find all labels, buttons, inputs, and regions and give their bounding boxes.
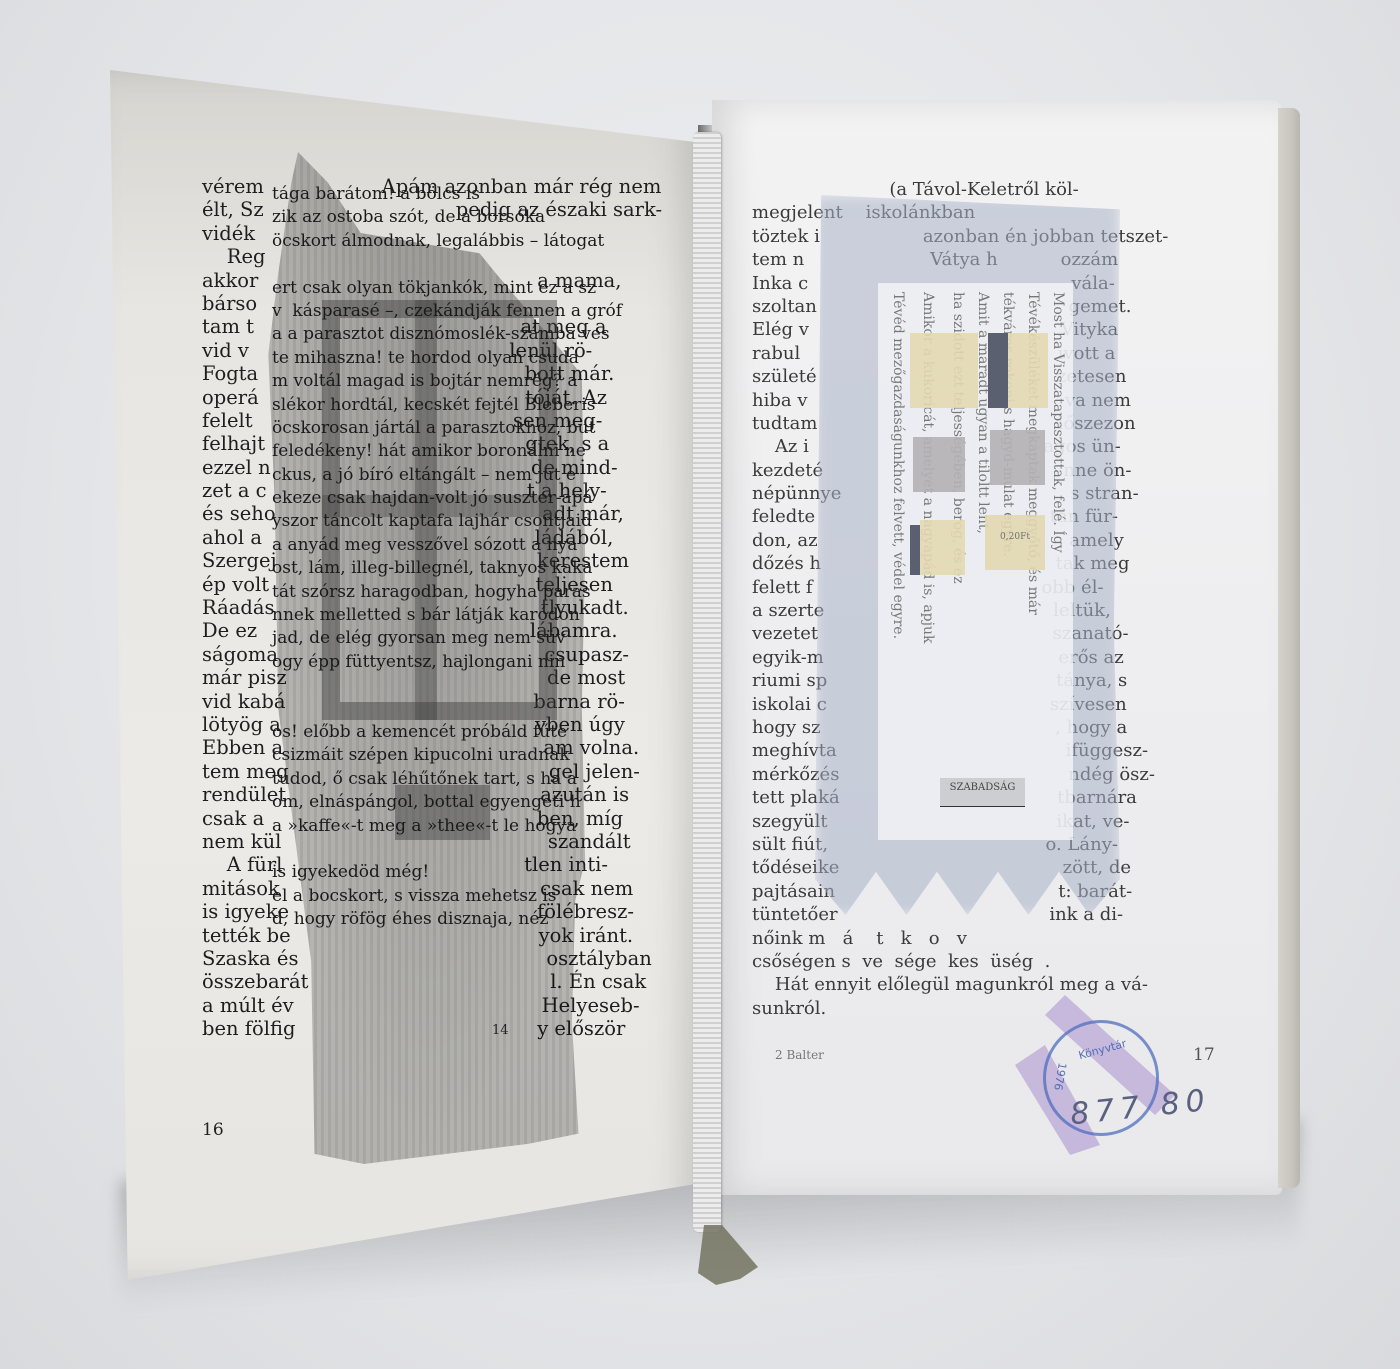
postage-stamp bbox=[1008, 333, 1048, 408]
text-line bbox=[272, 698, 622, 721]
text-line: (a Távol-Keletről köl- bbox=[752, 178, 1168, 201]
text-line: csizmáit szépen kipucolni uradnak bbox=[272, 744, 622, 767]
text-line: a anyád meg vesszővel sózott a nya bbox=[272, 534, 622, 557]
gray-stamp bbox=[913, 437, 965, 492]
text-line: ekeze csak hajdan-volt jó suszter-apá bbox=[272, 487, 622, 510]
postage-stamp-value: 0,20Ft bbox=[985, 515, 1045, 570]
stamp-dark-edge bbox=[910, 525, 920, 575]
text-line: d, hogy röfög éhes disznaja, néz bbox=[272, 908, 622, 931]
text-line: nnek melletted s bár látják karódon bbox=[272, 604, 622, 627]
postage-stamp bbox=[910, 333, 978, 408]
text-line: m voltál magad is bojtár nemrég? a bbox=[272, 370, 622, 393]
text-line: öcskort álmodnak, legalábbis – látogat bbox=[272, 230, 622, 253]
text-line: v kásparasé –, czekándják fennen a gróf bbox=[272, 300, 622, 323]
right-page-number: 17 bbox=[1193, 1045, 1215, 1065]
text-line: a a parasztot disznómoslék-számba ves bbox=[272, 323, 622, 346]
text-line: tága barátom! a bölcs is bbox=[272, 183, 622, 206]
text-line: a »kaffe«-t meg a »thee«-t le hogya bbox=[272, 815, 622, 838]
gray-stamp bbox=[990, 430, 1045, 485]
page-block-edge bbox=[1278, 108, 1300, 1188]
left-page-number: 16 bbox=[202, 1120, 224, 1140]
szabadsag-label: SZABADSÁG bbox=[940, 778, 1025, 807]
postage-stamp bbox=[920, 520, 965, 575]
text-line: tüntetőer ink a di- bbox=[752, 903, 1168, 926]
text-line: el a bocskort, s vissza mehetsz is bbox=[272, 885, 622, 908]
stamp-dark-edge bbox=[988, 333, 1008, 408]
text-line: os! előbb a kemencét próbáld fűte bbox=[272, 721, 622, 744]
text-line: om, elnáspángol, bottal egyengeti h bbox=[272, 791, 622, 814]
text-line: ert csak olyan tökjankók, mint ez a sz bbox=[272, 277, 622, 300]
signature-mark: 2 Balter bbox=[775, 1048, 824, 1062]
text-line: feledékeny! hát amikor boronálni ne bbox=[272, 440, 622, 463]
text-line bbox=[272, 674, 622, 697]
text-line: te mihaszna! te hordod olyan csuda bbox=[272, 347, 622, 370]
text-line bbox=[272, 838, 622, 861]
ribbon-bookmark[interactable] bbox=[693, 132, 721, 1232]
text-line: zik az ostoba szót, de a borsóka bbox=[272, 206, 622, 229]
text-line: tudod, ő csak léhűtőnek tart, s ha a bbox=[272, 768, 622, 791]
text-line: slékor hordtál, kecskét fejtél Bleberis bbox=[272, 394, 622, 417]
text-line: nőink m á t k o v bbox=[752, 927, 1168, 950]
text-line: is igyekedöd még! bbox=[272, 861, 622, 884]
text-line: yszor táncolt kaptafa lajhár csontjaid bbox=[272, 510, 622, 533]
torn-page-number: 14 bbox=[492, 1023, 509, 1038]
inset-vertical-text: Tévéd mezőgazdaságunkhoz felvett, védel … bbox=[890, 292, 906, 672]
torn-paper-text: tága barátom! a bölcs iszik az ostoba sz… bbox=[272, 183, 622, 932]
text-line: jad, de elég gyorsan meg nem süv bbox=[272, 627, 622, 650]
text-line: ost, lám, illeg-billegnél, taknyos kaka bbox=[272, 557, 622, 580]
text-line: tát szórsz haragodban, hogyha paras bbox=[272, 581, 622, 604]
text-line: csőségen s ve sége kes üség . bbox=[752, 950, 1168, 973]
text-line: ckus, a jó bíró eltángált – nem jut e bbox=[272, 464, 622, 487]
text-line: ogy épp füttyentsz, hajlongani nin bbox=[272, 651, 622, 674]
inset-vertical-text: Most ha Visszatapasztottak, felé. Így bbox=[1050, 292, 1066, 672]
text-line bbox=[272, 253, 622, 276]
text-line: öcskorosan jártál a parasztokhoz, but bbox=[272, 417, 622, 440]
